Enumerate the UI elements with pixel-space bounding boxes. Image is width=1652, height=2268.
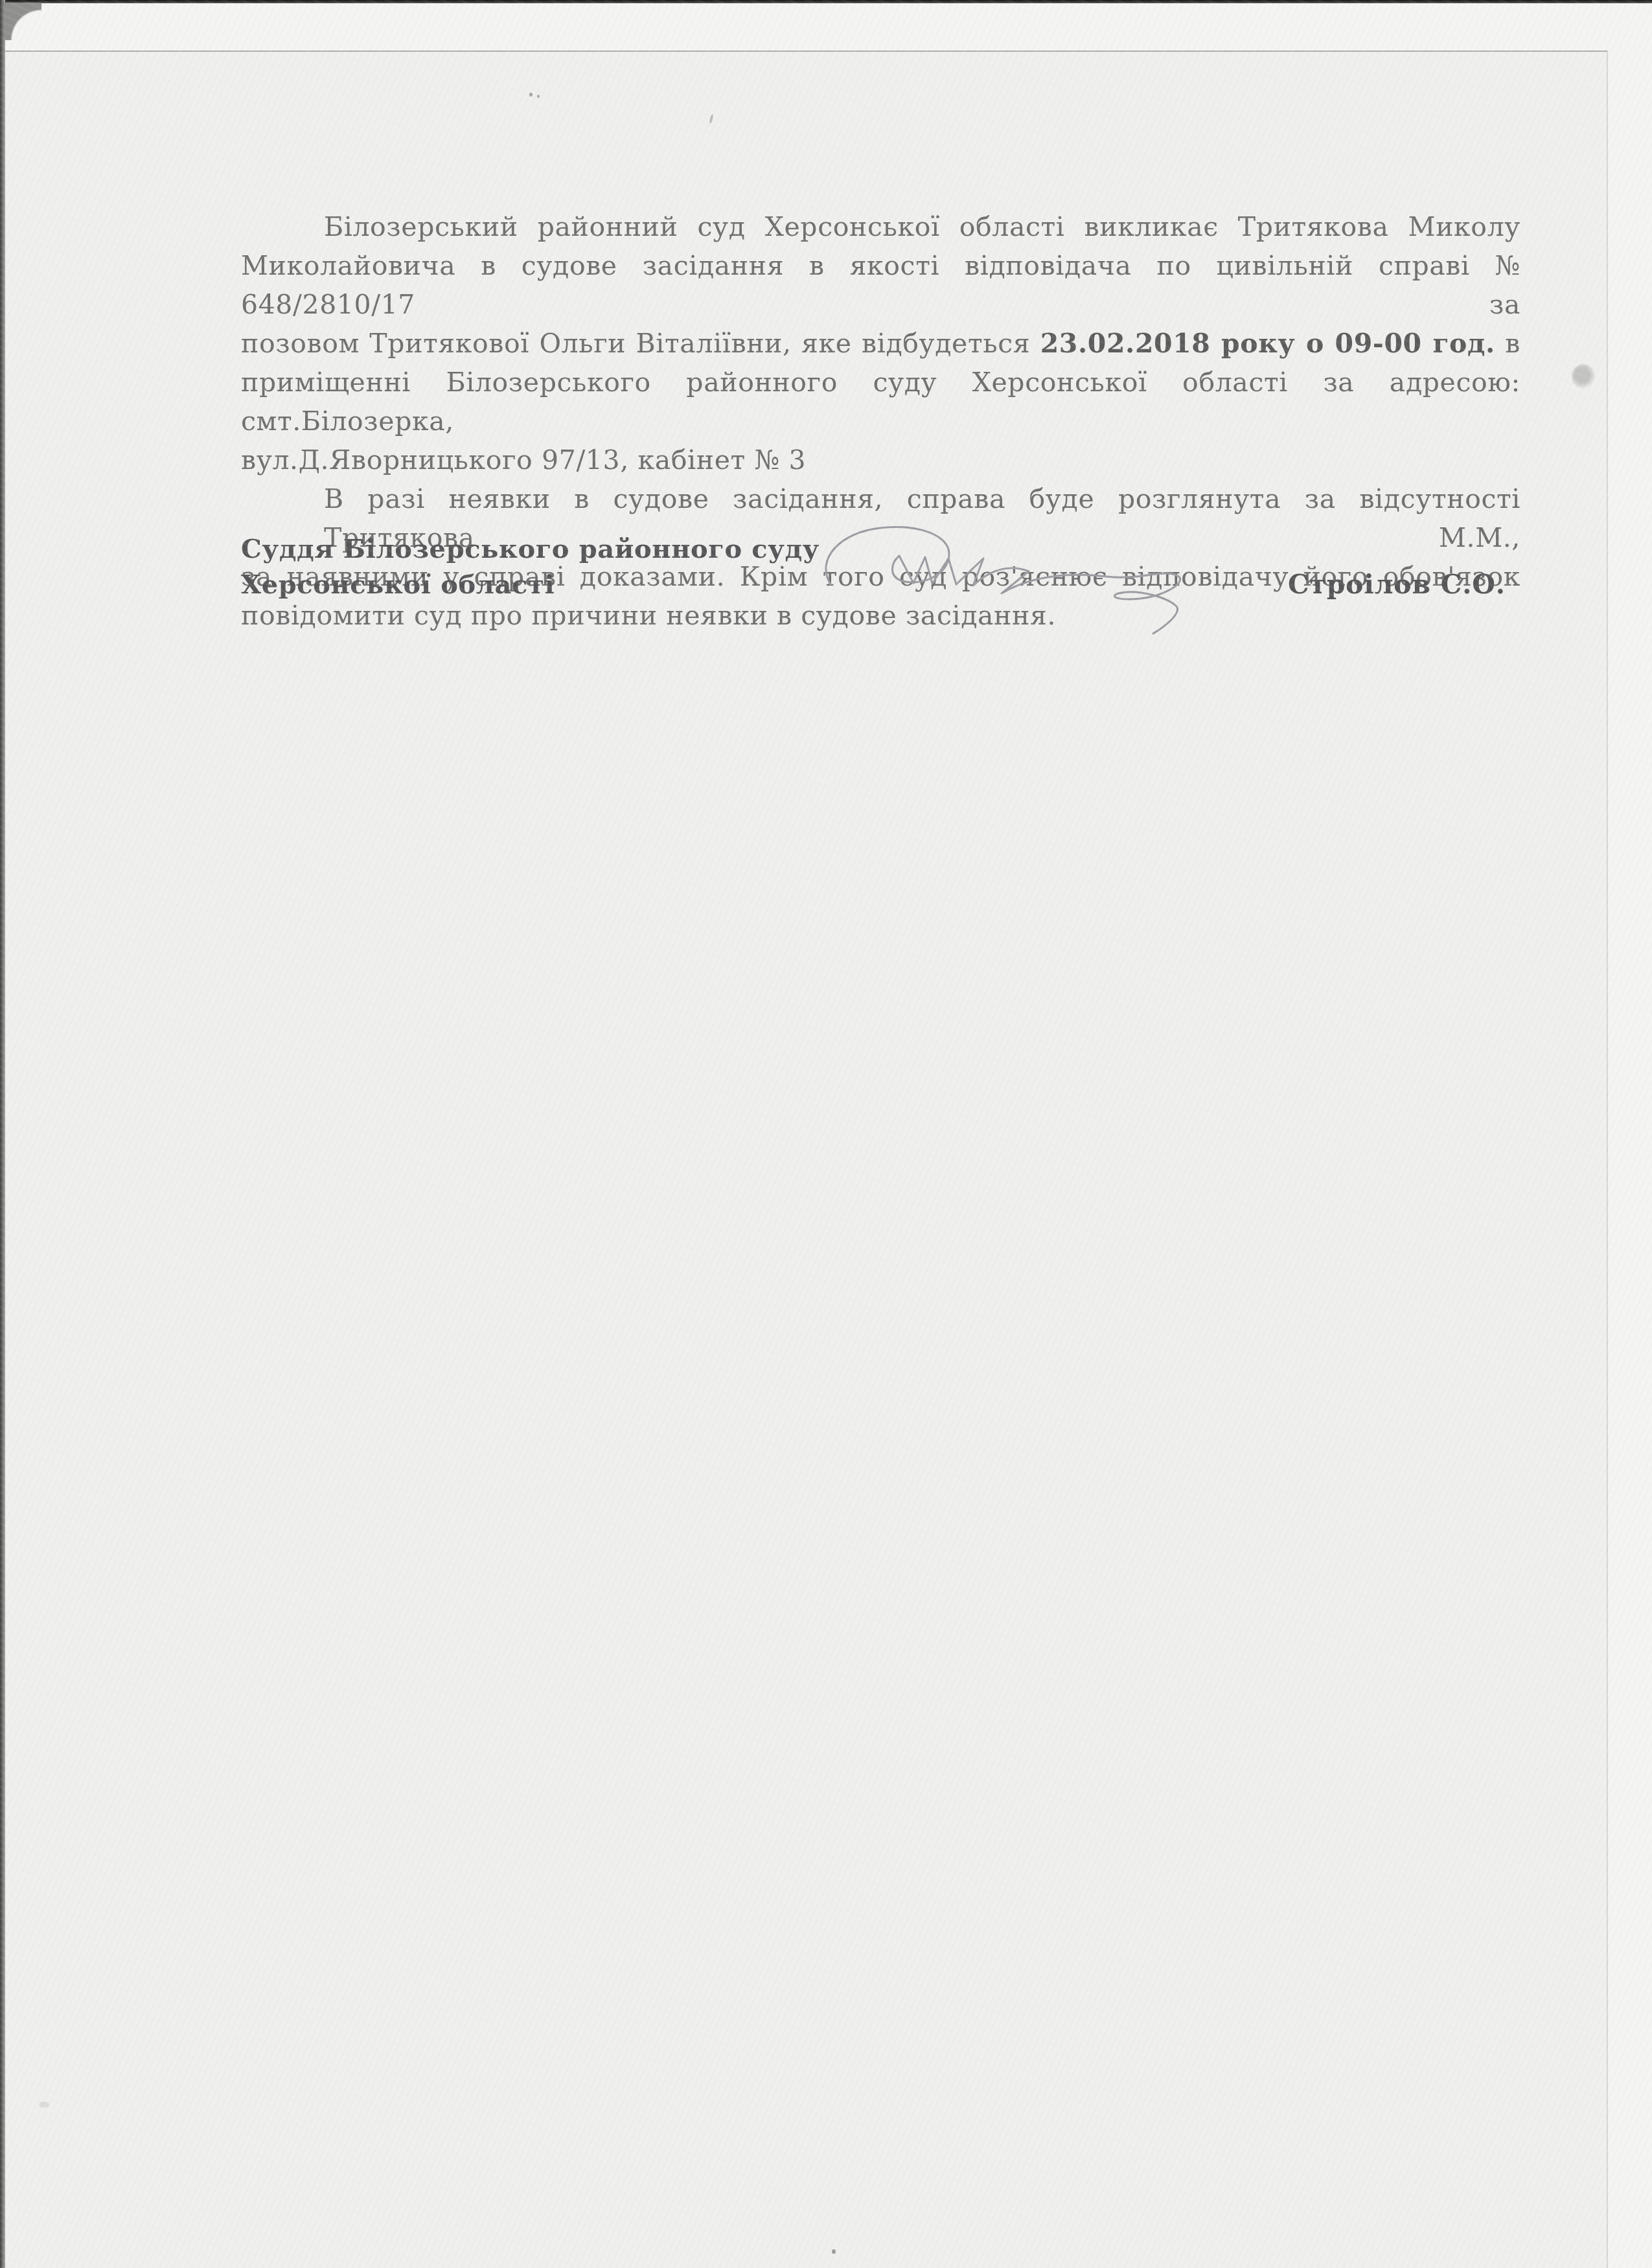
line3-regular-before: позовом Тритякової Ольги Віталіївни, яке… [241,328,1030,359]
scan-left-edge [0,0,5,2268]
scanner-background-right [1608,51,1652,2268]
judge-role-line1: Суддя Білозерського районного суду [241,531,820,567]
overlapping-sheet-band [0,0,1652,51]
judge-role-line2: Херсонської області [241,567,820,602]
scan-speck [832,2249,836,2254]
scan-speck [529,93,533,97]
paper-corner-top-left [4,3,41,40]
handwritten-signature [803,518,1250,638]
paragraph1-line2: Миколайовича в судове засідання в якості… [241,246,1520,324]
paragraph1-line3: позовом Тритякової Ольги Віталіївни, яке… [241,324,1520,363]
paragraph1-line5: вул.Д.Яворницького 97/13, кабінет № 3 [241,441,1520,479]
judge-name: Строілов С.О. [1288,569,1506,600]
scan-smudge [1572,364,1595,389]
line3-regular-after: в [1505,328,1520,359]
paragraph1-line1: Білозерський районний суд Херсонської об… [241,207,1520,246]
scan-speck [39,2102,49,2108]
hearing-datetime-bold: 23.02.2018 року о 09-00 год. [1040,328,1495,359]
scan-speck [709,114,714,124]
scanned-court-summons-page: Білозерський районний суд Херсонської об… [0,0,1652,2268]
scan-speck [537,95,540,98]
paragraph1-line4: приміщенні Білозерського районного суду … [241,363,1520,441]
judge-role-block: Суддя Білозерського районного суду Херсо… [241,531,820,602]
paper-edge-vertical [1607,51,1608,2268]
sheet-edge-horizontal [0,51,1608,52]
scan-top-edge [0,0,1652,3]
